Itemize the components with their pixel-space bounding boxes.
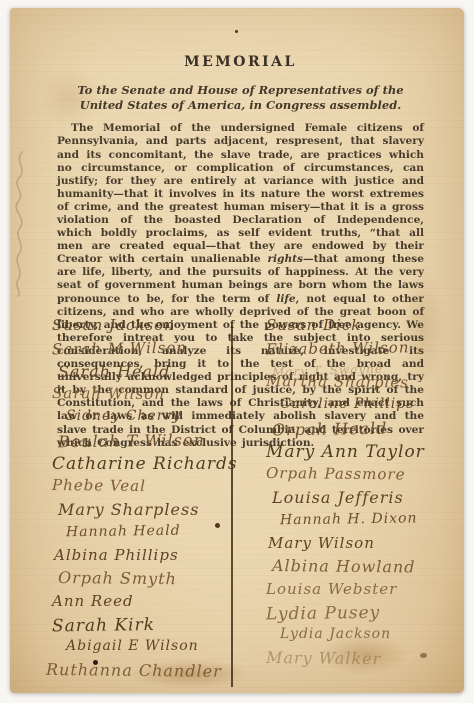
signature: Sarah Heald [58,362,250,385]
signature-column-left: Susan JacksonSarah M WilsonSarah HealdSa… [10,316,250,689]
signature: Beulah T Wilson [58,430,250,456]
signature: Sarah Kirk [52,614,250,640]
ink-speck [235,30,238,33]
signature: Sarah Wilson [52,384,250,409]
signature: Mary Walker [266,648,464,673]
signature: Mary Sharpless [58,500,250,523]
signature: Abigail E Wilson [66,638,250,661]
signature: Hannah H. Dixon [280,510,464,536]
document-title: MEMORIAL [57,54,424,70]
signature: Orpah Passmore [266,464,464,489]
signature-column-right: Susan DickElizabeth WilsonMary T. Swayne… [250,316,464,689]
signature: Mary Wilson [268,534,464,557]
signature: Lydia Jackson [280,626,464,649]
signature: Mary Ann Taylor [266,442,464,465]
emphasized-word: life [276,293,295,305]
signature: Louisa Webster [266,580,464,603]
signature: Hannah Heald [66,522,250,548]
emphasized-word: rights [267,253,303,265]
signature: Albina Howland [272,556,464,581]
signature: Ruthanna Chandler [46,660,250,685]
column-divider [231,326,233,687]
signature: Sidney Cherry [66,408,250,431]
signature: Phebe Veal [52,476,250,501]
signature: Orpah Smyth [58,568,250,593]
document-page: MEMORIAL To the Senate and House of Repr… [10,8,464,693]
signature: Caroline Phillips [280,396,464,419]
signature: Ann Reed [52,592,250,615]
signature: Sarah M Wilson [52,338,250,364]
signature: Martha Sharples [266,372,464,397]
salutation: To the Senate and House of Representativ… [67,83,414,113]
signature: Albina Phillips [54,546,250,569]
signature-section: Susan JacksonSarah M WilsonSarah HealdSa… [10,316,464,689]
signature: Susan Dick [266,316,464,339]
body-text-segment: The Memorial of the undersigned Female c… [57,122,424,265]
signature: Orpah Heald [272,418,464,444]
signature: Lydia Pusey [266,602,464,628]
signature: Catharine Richards [52,454,250,477]
signature: Louisa Jefferis [272,488,464,511]
signature: Susan Jackson [52,316,250,339]
